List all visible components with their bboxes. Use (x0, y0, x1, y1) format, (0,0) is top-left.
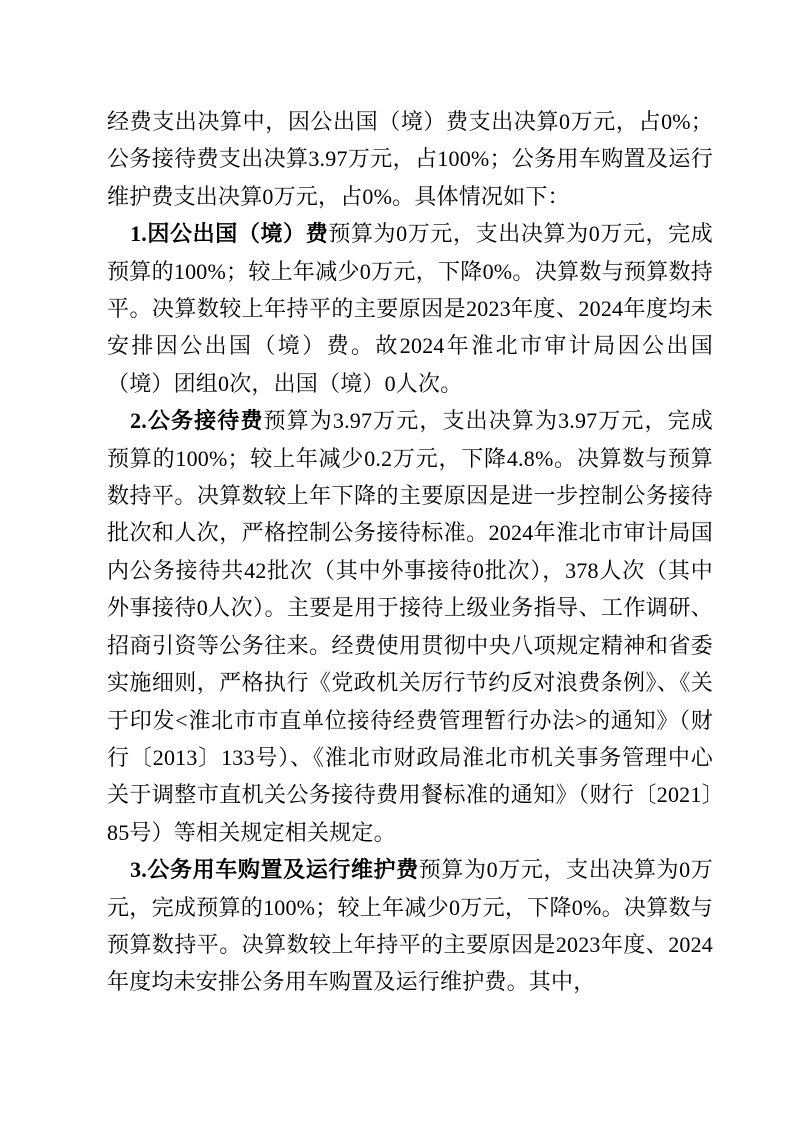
document-page: 经费支出决算中，因公出国（境）费支出决算0万元，占0%；公务接待费支出决算3.9… (0, 0, 793, 1122)
paragraph: 经费支出决算中，因公出国（境）费支出决算0万元，占0%；公务接待费支出决算3.9… (107, 103, 713, 215)
paragraph: 2.公务接待费预算为3.97万元，支出决算为3.97万元，完成预算的100%；较… (107, 402, 713, 851)
paragraph-text: 预算为3.97万元，支出决算为3.97万元，完成预算的100%；较上年减少0.2… (107, 408, 713, 844)
paragraph: 3.公务用车购置及运行维护费预算为0万元，支出决算为0万元，完成预算的100%；… (107, 851, 713, 1001)
paragraph: 1.因公出国（境）费预算为0万元，支出决算为0万元，完成预算的100%；较上年减… (107, 215, 713, 402)
paragraph-text: 预算为0万元，支出决算为0万元，完成预算的100%；较上年减少0万元，下降0%。… (107, 221, 713, 396)
document-body: 经费支出决算中，因公出国（境）费支出决算0万元，占0%；公务接待费支出决算3.9… (107, 103, 713, 1001)
paragraph-heading: 1.因公出国（境）费 (130, 221, 328, 246)
paragraph-heading: 3.公务用车购置及运行维护费 (130, 857, 419, 882)
paragraph-heading: 2.公务接待费 (130, 408, 263, 433)
paragraph-text: 经费支出决算中，因公出国（境）费支出决算0万元，占0%；公务接待费支出决算3.9… (107, 109, 713, 209)
